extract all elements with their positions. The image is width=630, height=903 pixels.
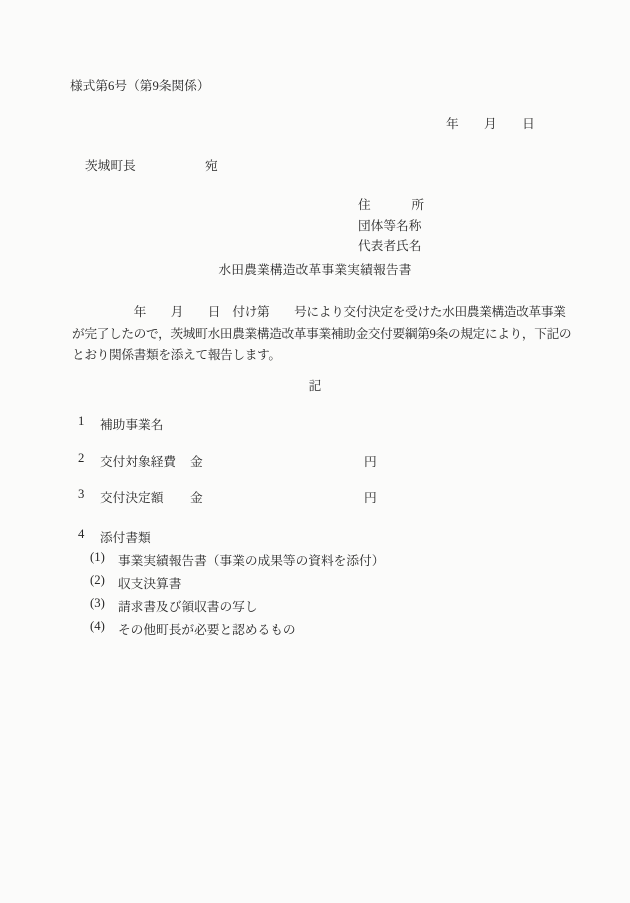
item-number: 2 [78, 451, 84, 466]
date-placeholder: 年 月 日 [446, 117, 535, 133]
body-line-1: 年 月 日 付け第 号により交付決定を受けた水田農業構造改革事業 [72, 302, 572, 324]
item-number: 1 [78, 414, 84, 429]
addressee-suffix: 宛 [205, 159, 218, 175]
item-grant-decision-amount: 3 交付決定額 金 円 [0, 487, 630, 504]
document-title: 水田農業構造改革事業実績報告書 [0, 263, 630, 279]
amount-prefix-kin: 金 [190, 487, 203, 506]
attachment-item-settlement: (2) 収支決算書 [0, 573, 630, 590]
document-page: 様式第6号（第9条関係） 年 月 日 茨城町長 宛 住 所 団体等名称 代表者氏… [0, 0, 630, 903]
item-label: 補助事業名 [100, 414, 163, 433]
item-eligible-expenses: 2 交付対象経費 金 円 [0, 451, 630, 468]
attachment-number: (1) [90, 550, 105, 565]
amount-suffix-yen: 円 [364, 451, 377, 470]
body-line-2: が完了したので，茨城町水田農業構造改革事業補助金交付要綱第9条の規定により，下記… [72, 324, 572, 346]
item-label: 添付書類 [100, 527, 151, 546]
attachment-number: (4) [90, 619, 105, 634]
attachment-item-other: (4) その他町長が必要と認めるもの [0, 619, 630, 636]
attachment-label: 請求書及び領収書の写し [118, 596, 258, 615]
sender-representative-label: 代表者氏名 [358, 235, 424, 256]
sender-address-row: 住 所 [358, 194, 424, 215]
attachment-item-report: (1) 事業実績報告書（事業の成果等の資料を添付） [0, 550, 630, 567]
amount-prefix-kin: 金 [190, 451, 203, 470]
body-paragraph: 年 月 日 付け第 号により交付決定を受けた水田農業構造改革事業 が完了したので… [72, 302, 572, 367]
attachment-label: 収支決算書 [118, 573, 181, 592]
sender-address-label-left: 住 [358, 194, 371, 215]
attachment-item-invoices: (3) 請求書及び領収書の写し [0, 596, 630, 613]
record-marker: 記 [0, 379, 630, 395]
item-label: 交付決定額 [100, 487, 163, 506]
sender-address-label-right: 所 [411, 194, 424, 215]
sender-block: 住 所 団体等名称 代表者氏名 [358, 194, 424, 256]
item-number: 3 [78, 487, 84, 502]
attachment-number: (3) [90, 596, 105, 611]
addressee-name: 茨城町長 [85, 159, 136, 175]
sender-organization-label: 団体等名称 [358, 215, 424, 236]
attachment-label: 事業実績報告書（事業の成果等の資料を添付） [118, 550, 384, 569]
body-line-3: とおり関係書類を添えて報告します。 [72, 345, 572, 367]
attachment-number: (2) [90, 573, 105, 588]
item-subsidy-project-name: 1 補助事業名 [0, 414, 630, 431]
item-label: 交付対象経費 [100, 451, 176, 470]
attachment-label: その他町長が必要と認めるもの [118, 619, 296, 638]
form-number: 様式第6号（第9条関係） [70, 79, 210, 95]
amount-suffix-yen: 円 [364, 487, 377, 506]
item-attached-documents: 4 添付書類 [0, 527, 630, 544]
item-number: 4 [78, 527, 84, 542]
